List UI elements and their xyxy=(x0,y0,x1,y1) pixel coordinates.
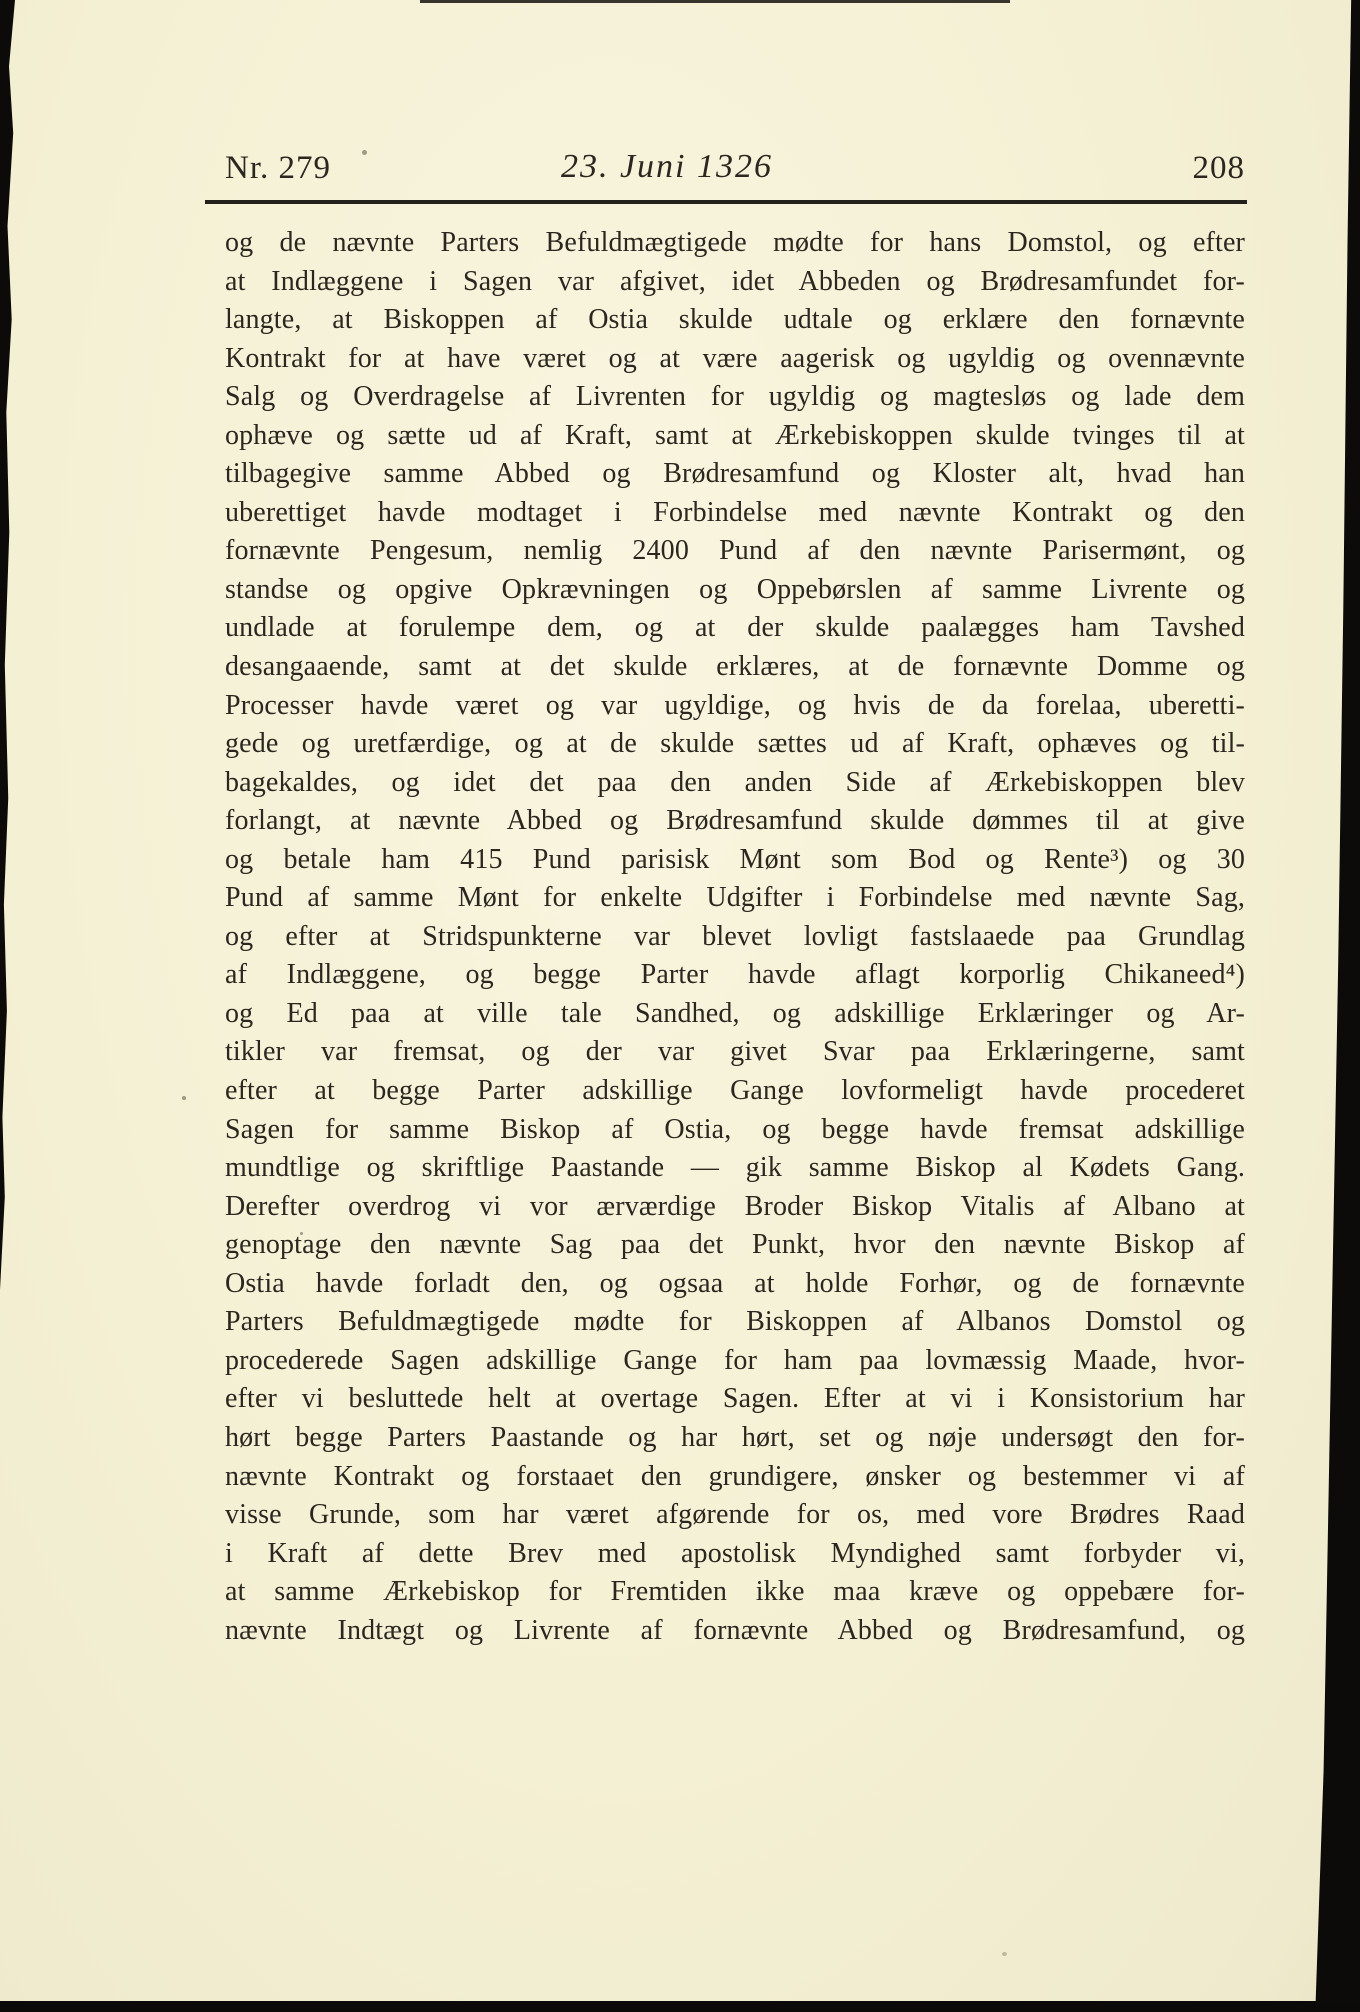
bottom-edge-scan-artifact xyxy=(0,2001,1360,2012)
text-line: Kontrakt for at have været og at være aa… xyxy=(225,340,1245,379)
text-line: Ostia havde forladt den, og ogsaa at hol… xyxy=(225,1265,1245,1304)
paper-speck xyxy=(182,1096,186,1100)
text-line: nævnte Indtægt og Livrente af fornævnte … xyxy=(225,1612,1245,1651)
text-line: genoptage den nævnte Sag paa det Punkt, … xyxy=(225,1226,1245,1265)
text-line: undlade at forulempe dem, og at der skul… xyxy=(225,609,1245,648)
text-line: uberettiget havde modtaget i Forbindelse… xyxy=(225,494,1245,533)
text-line: og de nævnte Parters Befuldmægtigede mød… xyxy=(225,224,1245,263)
text-line: visse Grunde, som har været afgørende fo… xyxy=(225,1496,1245,1535)
text-line: i Kraft af dette Brev med apostolisk Myn… xyxy=(225,1535,1245,1574)
text-line: fornævnte Pengesum, nemlig 2400 Pund af … xyxy=(225,532,1245,571)
header-rule xyxy=(205,200,1247,204)
text-line: Salg og Overdragelse af Livrenten for ug… xyxy=(225,378,1245,417)
text-line: Processer havde været og var ugyldige, o… xyxy=(225,687,1245,726)
text-line: og Ed paa at ville tale Sandhed, og adsk… xyxy=(225,995,1245,1034)
text-line: ophæve og sætte ud af Kraft, samt at Ærk… xyxy=(225,417,1245,456)
scanned-book-page: Nr. 279 23. Juni 1326 208 og de nævnte P… xyxy=(0,0,1360,2012)
text-line: standse og opgive Opkrævningen og Oppebø… xyxy=(225,571,1245,610)
paper-speck xyxy=(300,1232,303,1235)
text-line: og betale ham 415 Pund parisisk Mønt som… xyxy=(225,841,1245,880)
text-line: nævnte Kontrakt og forstaaet den grundig… xyxy=(225,1458,1245,1497)
text-line: tilbagegive samme Abbed og Brødresamfund… xyxy=(225,455,1245,494)
text-line: Pund af samme Mønt for enkelte Udgifter … xyxy=(225,879,1245,918)
right-edge-scan-artifact xyxy=(1308,0,1360,2012)
top-edge-scan-artifact xyxy=(420,0,1010,3)
text-line: Derefter overdrog vi vor ærværdige Brode… xyxy=(225,1188,1245,1227)
left-edge-scan-artifact xyxy=(0,0,15,1330)
text-line: efter at begge Parter adskillige Gange l… xyxy=(225,1072,1245,1111)
text-line: at Indlæggene i Sagen var afgivet, idet … xyxy=(225,263,1245,302)
text-line: bagekaldes, og idet det paa den anden Si… xyxy=(225,764,1245,803)
text-line: hørt begge Parters Paastande og har hørt… xyxy=(225,1419,1245,1458)
paper-speck xyxy=(362,150,367,155)
text-line: forlangt, at nævnte Abbed og Brødresamfu… xyxy=(225,802,1245,841)
paper-speck xyxy=(1002,1952,1007,1956)
page-number: 208 xyxy=(1193,150,1246,187)
text-line: Parters Befuldmægtigede mødte for Biskop… xyxy=(225,1303,1245,1342)
text-line: efter vi besluttede helt at overtage Sag… xyxy=(225,1380,1245,1419)
text-line: desangaaende, samt at det skulde erklære… xyxy=(225,648,1245,687)
text-line: tikler var fremsat, og der var givet Sva… xyxy=(225,1033,1245,1072)
text-line: mundtlige og skriftlige Paastande — gik … xyxy=(225,1149,1245,1188)
text-line: procederede Sagen adskillige Gange for h… xyxy=(225,1342,1245,1381)
page-header: Nr. 279 23. Juni 1326 208 xyxy=(225,150,1245,196)
text-line: af Indlæggene, og begge Parter havde afl… xyxy=(225,956,1245,995)
document-date: 23. Juni 1326 xyxy=(225,148,1109,186)
text-line: gede og uretfærdige, og at de skulde sæt… xyxy=(225,725,1245,764)
text-line: at samme Ærkebiskop for Fremtiden ikke m… xyxy=(225,1573,1245,1612)
text-line: Sagen for samme Biskop af Ostia, og begg… xyxy=(225,1111,1245,1150)
body-text-block: og de nævnte Parters Befuldmægtigede mød… xyxy=(225,224,1245,1650)
text-line: langte, at Biskoppen af Ostia skulde udt… xyxy=(225,301,1245,340)
text-line: og efter at Stridspunkterne var blevet l… xyxy=(225,918,1245,957)
